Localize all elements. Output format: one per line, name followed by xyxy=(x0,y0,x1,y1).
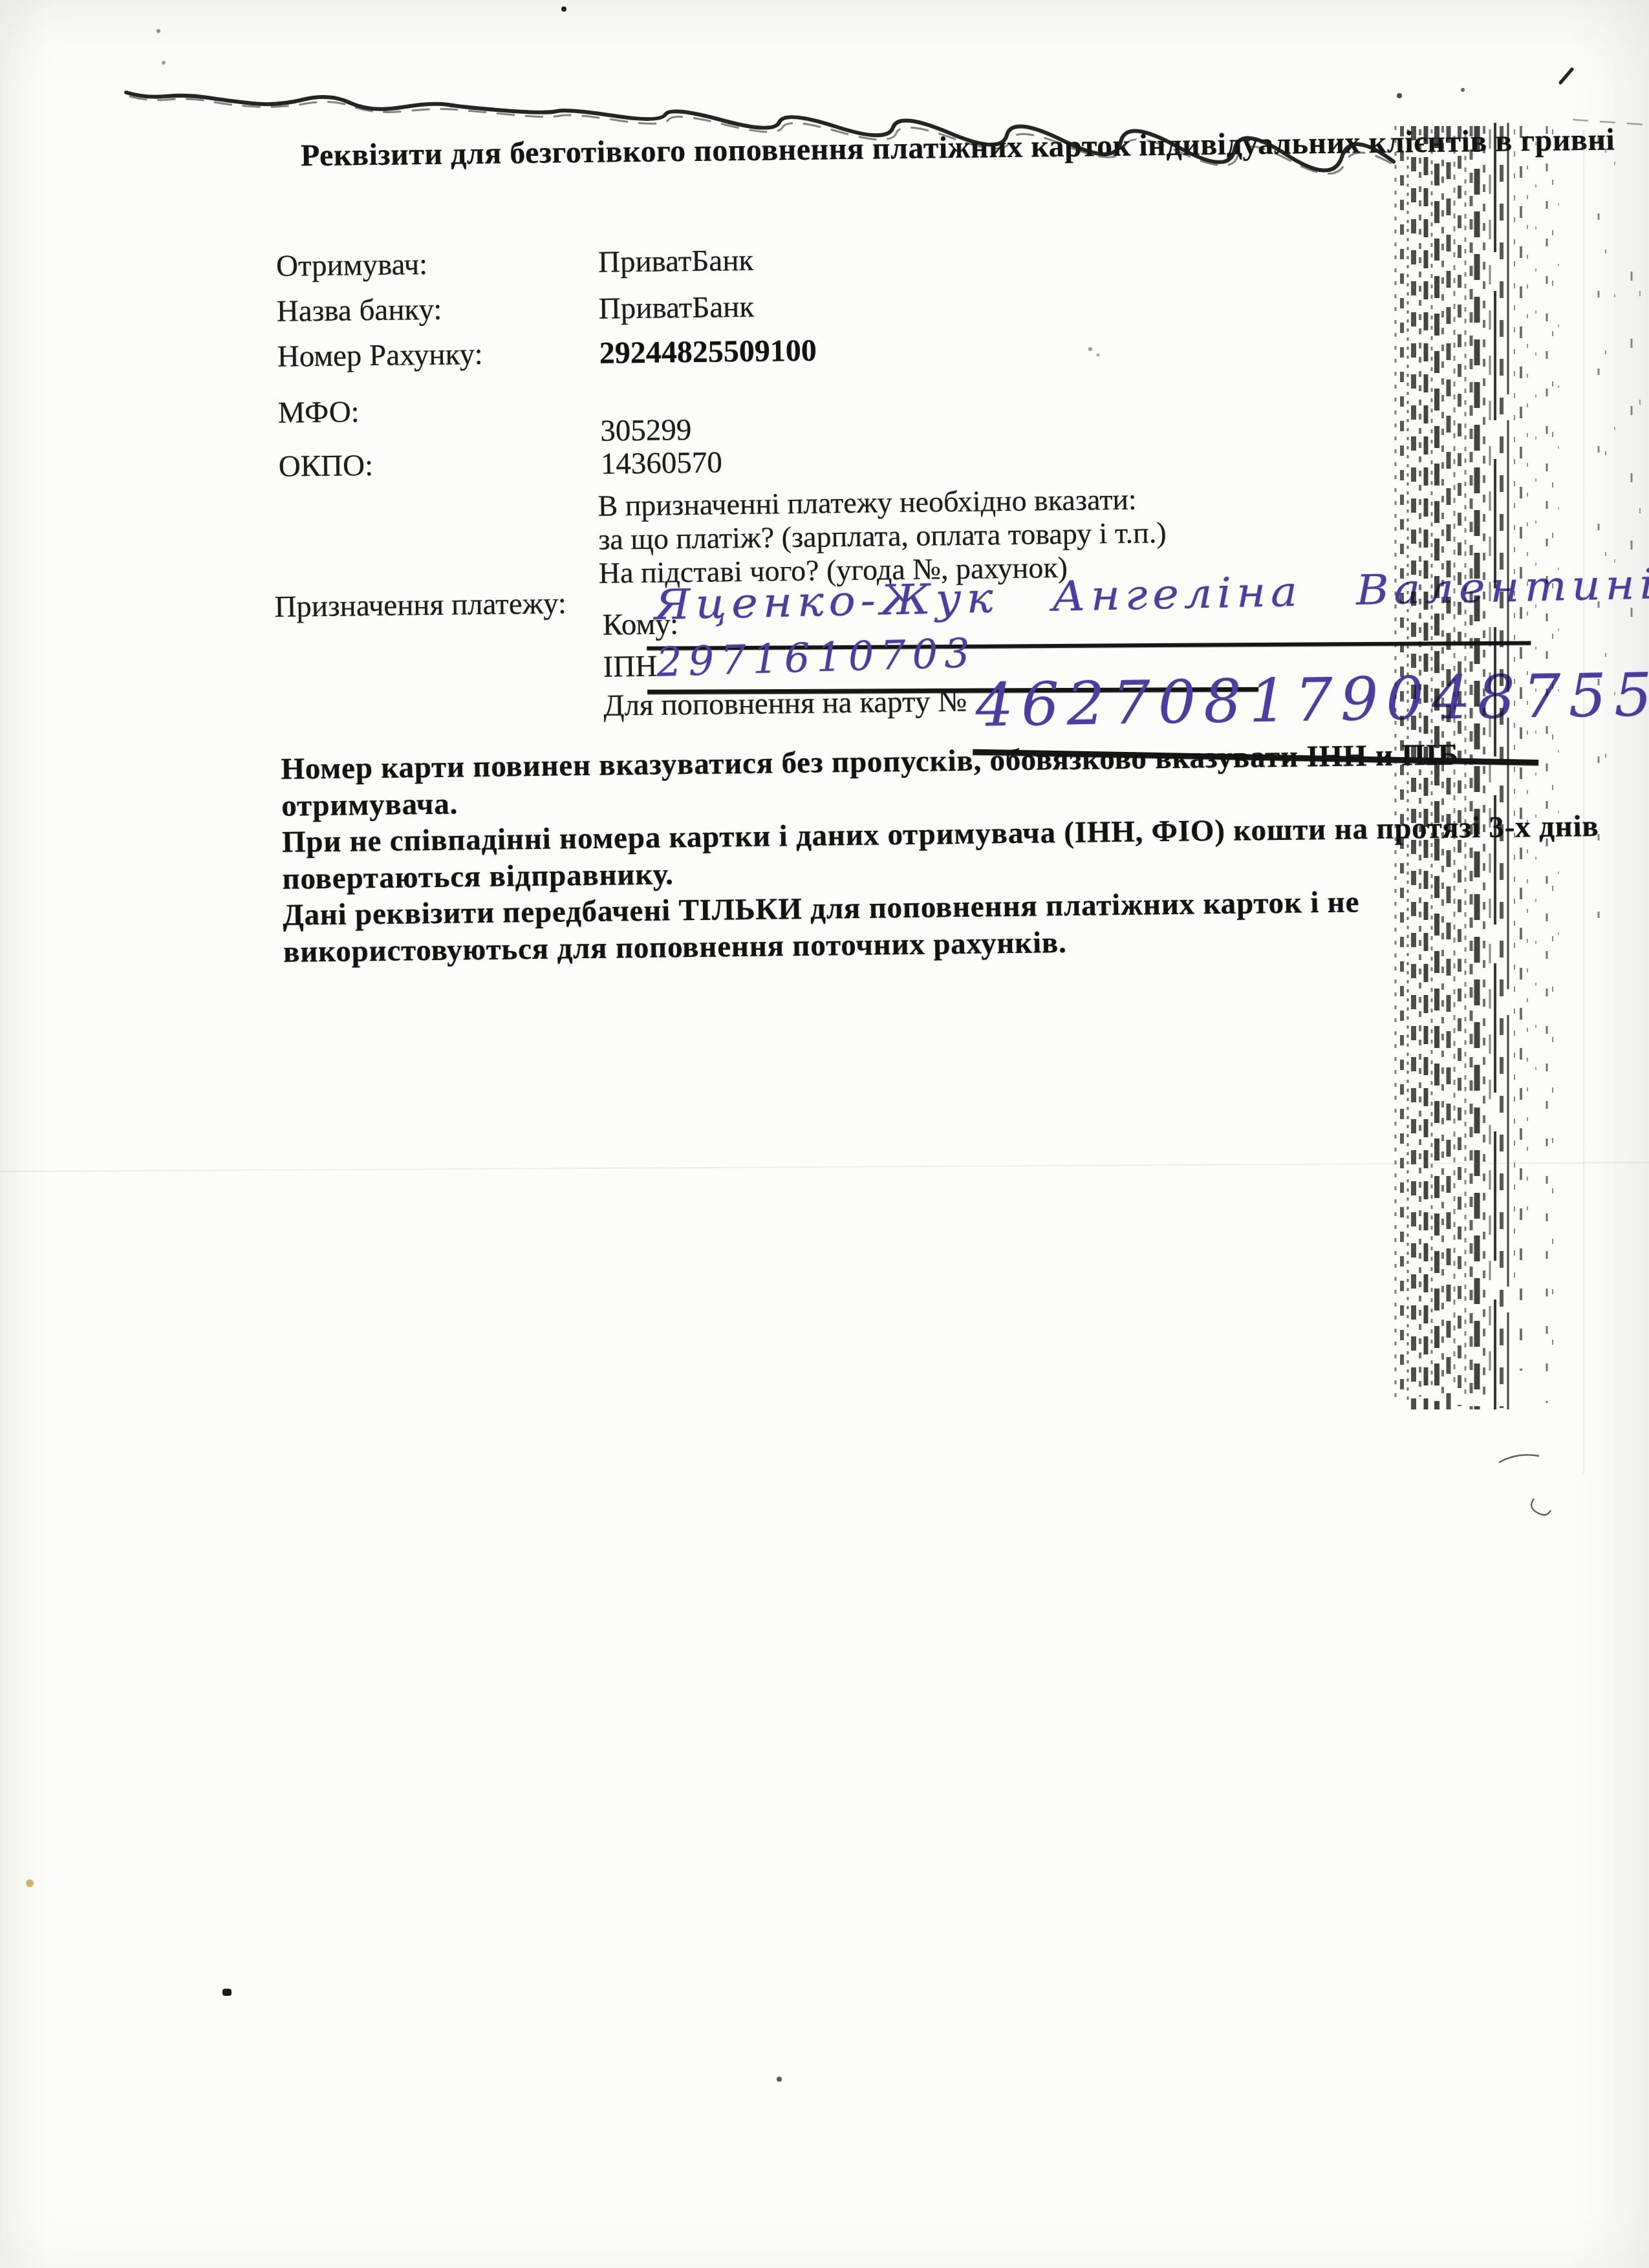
account-number-label: Номер Рахунку: xyxy=(277,337,483,374)
okpo-value: 14360570 xyxy=(601,445,723,481)
document-content: Реквізити для безготівкого поповнення пл… xyxy=(0,0,1649,2268)
document-title: Реквізити для безготівкого поповнення пл… xyxy=(301,122,1615,174)
recipient-value: ПриватБанк xyxy=(598,243,754,280)
card-label: Для поповнення на карту № xyxy=(603,684,967,723)
mfo-value: 305299 xyxy=(600,412,692,449)
ipn-label: ІПН xyxy=(603,649,657,685)
bank-name-value: ПриватБанк xyxy=(599,290,755,326)
mfo-label: МФО: xyxy=(278,394,360,431)
handwritten-ipn-number: 2971610703 xyxy=(656,629,976,686)
scanned-document-page: Реквізити для безготівкого поповнення пл… xyxy=(0,0,1649,2268)
notes-block: Номер карти повинен вказуватися без проп… xyxy=(281,735,1600,970)
purpose-instruction-2: за що платіж? (зарплата, оплата товару і… xyxy=(598,515,1167,557)
bank-name-label: Назва банку: xyxy=(277,292,442,329)
okpo-label: ОКПО: xyxy=(279,448,374,484)
purpose-label: Призначення платежу: xyxy=(274,586,566,625)
account-number-value: 29244825509100 xyxy=(599,333,817,371)
recipient-label: Отримувач: xyxy=(276,247,428,284)
handwritten-card-number: 4627081790487552 xyxy=(975,659,1649,740)
